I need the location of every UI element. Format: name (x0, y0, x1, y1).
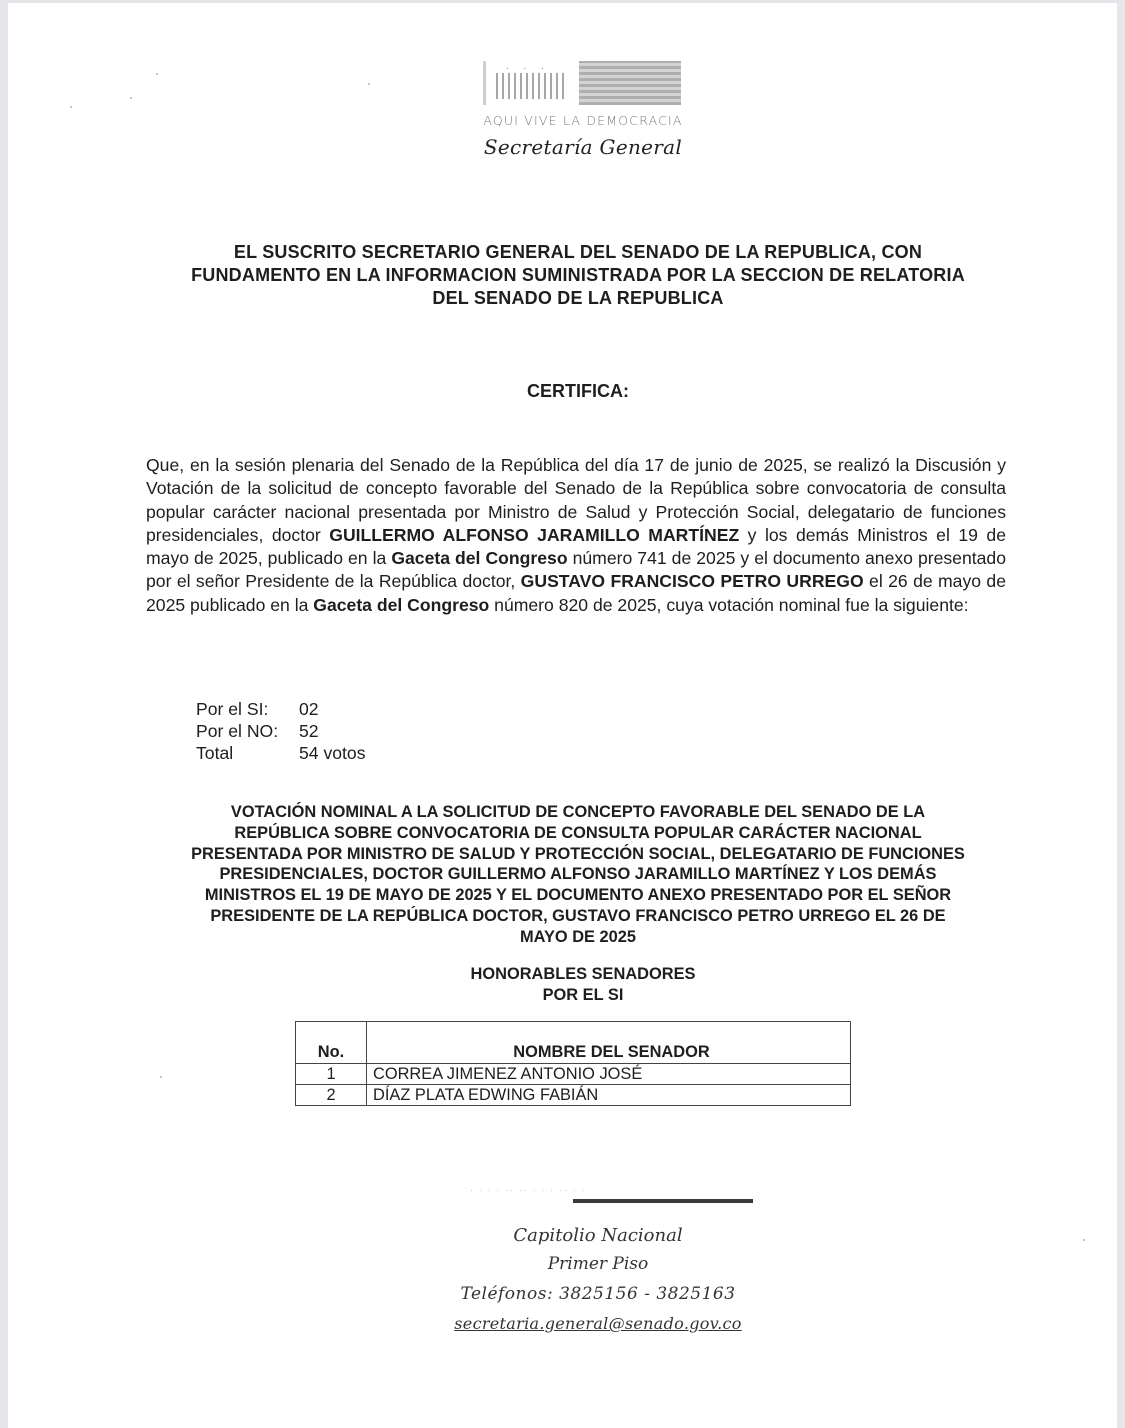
document-title: EL SUSCRITO SECRETARIO GENERAL DEL SENAD… (138, 241, 1018, 310)
table-header-row: No. NOMBRE DEL SENADOR (296, 1022, 851, 1064)
vote-total-value: 54 votos (299, 742, 366, 764)
bold-text-segment: Gaceta del Congreso (391, 548, 567, 568)
office-name: Secretaría General (448, 135, 718, 159)
vote-total-row: Total 54 votos (196, 742, 366, 764)
nominal-title-line: REPÚBLICA SOBRE CONVOCATORIA DE CONSULTA… (138, 823, 1018, 844)
senator-number: 1 (296, 1064, 367, 1085)
scan-speck (156, 73, 158, 75)
bold-text-segment: GUSTAVO FRANCISCO PETRO URREGO (521, 571, 864, 591)
text-segment: número 820 de 2025, cuya votación nomina… (489, 595, 968, 615)
honorables-line: HONORABLES SENADORES (288, 964, 878, 985)
footer-address-line: Capitolio Nacional (428, 1221, 768, 1251)
vote-yes-value: 02 (299, 698, 319, 720)
certifica-heading: CERTIFICA: (138, 381, 1018, 402)
capitol-emblem-icon: . . . (483, 61, 576, 105)
table-row: 1 CORREA JIMENEZ ANTONIO JOSÉ (296, 1064, 851, 1085)
vote-total-label: Total (196, 742, 299, 764)
vote-yes-label: Por el SI: (196, 698, 299, 720)
nominal-title-line: PRESENTADA POR MINISTRO DE SALUD Y PROTE… (138, 844, 1018, 865)
bold-text-segment: Gaceta del Congreso (313, 595, 489, 615)
footer-phones: Teléfonos: 3825156 - 3825163 (428, 1277, 768, 1311)
title-line: DEL SENADO DE LA REPUBLICA (138, 287, 1018, 310)
vote-yes-row: Por el SI: 02 (196, 698, 366, 720)
senators-table: No. NOMBRE DEL SENADOR 1 CORREA JIMENEZ … (295, 1021, 851, 1106)
vote-no-value: 52 (299, 720, 319, 742)
title-line: FUNDAMENTO EN LA INFORMACION SUMINISTRAD… (138, 264, 1018, 287)
scan-speck (160, 1076, 162, 1078)
certification-paragraph: Que, en la sesión plenaria del Senado de… (146, 454, 1006, 617)
nominal-title-line: MAYO DE 2025 (138, 927, 1018, 948)
senator-name: CORREA JIMENEZ ANTONIO JOSÉ (367, 1064, 851, 1085)
nominal-vote-title: VOTACIÓN NOMINAL A LA SOLICITUD DE CONCE… (138, 802, 1018, 948)
senator-number: 2 (296, 1085, 367, 1106)
signature-line (573, 1199, 753, 1203)
vote-summary: Por el SI: 02 Por el NO: 52 Total 54 vot… (196, 698, 366, 764)
honorables-heading: HONORABLES SENADORES POR EL SI (288, 964, 878, 1005)
senator-name: DÍAZ PLATA EDWING FABIÁN (367, 1085, 851, 1106)
bold-text-segment: GUILLERMO ALFONSO JARAMILLO MARTÍNEZ (329, 525, 739, 545)
vote-no-label: Por el NO: (196, 720, 299, 742)
scan-speck (130, 97, 132, 99)
scan-speck (1083, 1239, 1085, 1241)
scan-speck (998, 465, 1000, 467)
document-page: . . . AQUI VIVE LA DEMOCRACIA Secretaría… (8, 3, 1117, 1428)
nominal-title-line: VOTACIÓN NOMINAL A LA SOLICITUD DE CONCE… (138, 802, 1018, 823)
scan-speck (368, 83, 370, 85)
nominal-title-line: PRESIDENCIALES, DOCTOR GUILLERMO ALFONSO… (138, 864, 1018, 885)
table-row: 2 DÍAZ PLATA EDWING FABIÁN (296, 1085, 851, 1106)
scan-speck (70, 106, 72, 108)
column-header-number: No. (296, 1022, 367, 1064)
footer-email-link[interactable]: secretaria.general@senado.gov.co (428, 1311, 768, 1337)
signature-scribble: · · · · ·· ·· · · · ·· · · (470, 1186, 700, 1196)
column-header-name: NOMBRE DEL SENADOR (367, 1022, 851, 1064)
letterhead-footer: Capitolio Nacional Primer Piso Teléfonos… (428, 1221, 768, 1337)
nominal-title-line: PRESIDENTE DE LA REPÚBLICA DOCTOR, GUSTA… (138, 906, 1018, 927)
vote-no-row: Por el NO: 52 (196, 720, 366, 742)
senate-wordmark-icon (579, 61, 681, 105)
nominal-title-line: MINISTROS EL 19 DE MAYO DE 2025 Y EL DOC… (138, 885, 1018, 906)
senate-logo: . . . (483, 61, 683, 107)
footer-floor-line: Primer Piso (428, 1251, 768, 1277)
motto: AQUI VIVE LA DEMOCRACIA (448, 113, 718, 128)
honorables-line: POR EL SI (288, 985, 878, 1006)
title-line: EL SUSCRITO SECRETARIO GENERAL DEL SENAD… (138, 241, 1018, 264)
